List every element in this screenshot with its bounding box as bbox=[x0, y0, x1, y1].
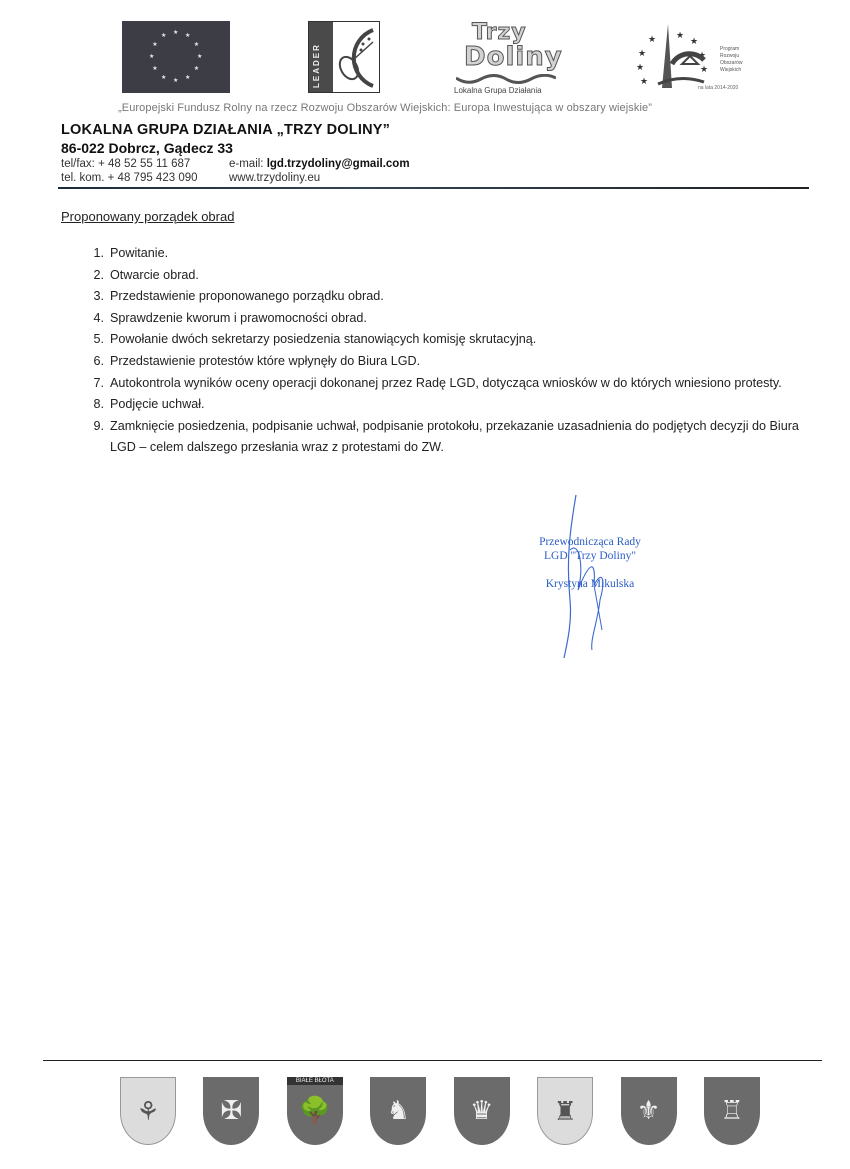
agenda-list: 1.Powitanie.2.Otwarcie obrad.3.Przedstaw… bbox=[86, 243, 806, 459]
agenda-item-number: 1. bbox=[86, 243, 104, 265]
agenda-item-number: 2. bbox=[86, 265, 104, 287]
prow-years: na lata 2014-2020 bbox=[698, 85, 738, 91]
eu-star-icon: ★ bbox=[194, 42, 199, 48]
agenda-item-number: 6. bbox=[86, 351, 104, 373]
eu-star-icon: ★ bbox=[161, 75, 166, 81]
header-divider bbox=[58, 187, 809, 189]
prow-logo: ★★★★ ★★★★ Program Rozwoju Obszarów Wiejs… bbox=[636, 22, 776, 97]
eu-star-icon: ★ bbox=[194, 66, 199, 72]
leader-logo: LEADER bbox=[308, 21, 380, 93]
crest-windmill-figure-icon: ✠ bbox=[203, 1077, 259, 1145]
website-link[interactable]: www.trzydoliny.eu bbox=[229, 172, 320, 184]
agenda-item-text: Sprawdzenie kworum i prawomocności obrad… bbox=[110, 311, 367, 325]
agenda-item: 5.Powołanie dwóch sekretarzy posiedzenia… bbox=[86, 329, 806, 351]
agenda-item: 3.Przedstawienie proponowanego porządku … bbox=[86, 286, 806, 308]
crest-label: BIAŁE BŁOTA bbox=[287, 1077, 343, 1085]
agenda-item-text: Przedstawienie proponowanego porządku ob… bbox=[110, 289, 384, 303]
crest-glyph: ♖ bbox=[704, 1095, 760, 1126]
agenda-item-text: Powitanie. bbox=[110, 246, 168, 260]
eu-star-icon: ★ bbox=[185, 33, 190, 39]
agenda-item: 1.Powitanie. bbox=[86, 243, 806, 265]
crest-glyph: ♞ bbox=[370, 1095, 426, 1126]
email-link[interactable]: lgd.trzydoliny@gmail.com bbox=[267, 158, 410, 170]
crest-crown-scepter-icon: ♛ bbox=[454, 1077, 510, 1145]
crest-glyph: 🌳 bbox=[287, 1095, 343, 1126]
leader-label: LEADER bbox=[312, 43, 321, 88]
agenda-item-text: Powołanie dwóch sekretarzy posiedzenia s… bbox=[110, 332, 536, 346]
agenda-item-number: 7. bbox=[86, 373, 104, 395]
agenda-item-number: 5. bbox=[86, 329, 104, 351]
crest-glyph: ♛ bbox=[454, 1095, 510, 1126]
prow-stars-icon: ★★★★ ★★★★ bbox=[636, 22, 716, 92]
document-title: Proponowany porządek obrad bbox=[61, 209, 234, 224]
logo-subtitle: Lokalna Grupa Działania bbox=[454, 86, 542, 95]
agenda-item: 4.Sprawdzenie kworum i prawomocności obr… bbox=[86, 308, 806, 330]
crest-glyph: ✠ bbox=[203, 1095, 259, 1126]
eu-star-icon: ★ bbox=[173, 78, 178, 84]
eu-star-icon: ★ bbox=[152, 66, 157, 72]
crest-oak-tower-icon: ♖ bbox=[704, 1077, 760, 1145]
signature-organization: LGD "Trzy Doliny" bbox=[520, 549, 660, 563]
signature-title: Przewodnicząca Rady bbox=[520, 535, 660, 549]
agenda-item-text: Otwarcie obrad. bbox=[110, 268, 199, 282]
footer-divider bbox=[43, 1060, 822, 1061]
crest-castle-bishop-icon: ♜ bbox=[537, 1077, 593, 1145]
agenda-item-number: 3. bbox=[86, 286, 104, 308]
agenda-item: 2.Otwarcie obrad. bbox=[86, 265, 806, 287]
crest-glyph: ⚘ bbox=[121, 1096, 175, 1127]
tel-mobile: tel. kom. + 48 795 423 090 bbox=[61, 172, 198, 184]
eu-star-icon: ★ bbox=[152, 42, 157, 48]
agenda-item-text: Autokontrola wyników oceny operacji doko… bbox=[110, 376, 782, 390]
trzy-doliny-logo: Trzy Doliny Lokalna Grupa Działania bbox=[450, 18, 570, 98]
leader-emblem-icon bbox=[333, 22, 380, 92]
agenda-item-number: 8. bbox=[86, 394, 104, 416]
agenda-item-text: Zamknięcie posiedzenia, podpisanie uchwa… bbox=[110, 419, 799, 455]
agenda-item: 9.Zamknięcie posiedzenia, podpisanie uch… bbox=[86, 416, 806, 459]
eu-star-icon: ★ bbox=[185, 75, 190, 81]
agenda-item: 8.Podjęcie uchwał. bbox=[86, 394, 806, 416]
agenda-item-number: 9. bbox=[86, 416, 104, 438]
email-line: e-mail: lgd.trzydoliny@gmail.com bbox=[229, 158, 410, 170]
agenda-item-number: 4. bbox=[86, 308, 104, 330]
crest-fleur-sabres-icon: ⚜ bbox=[621, 1077, 677, 1145]
organization-address: 86-022 Dobrcz, Gądecz 33 bbox=[61, 140, 233, 156]
crest-glyph: ♜ bbox=[538, 1096, 592, 1127]
crest-wheat-arrow-icon: ⚘ bbox=[120, 1077, 176, 1145]
eu-slogan: „Europejski Fundusz Rolny na rzecz Rozwo… bbox=[118, 102, 652, 114]
agenda-item: 7.Autokontrola wyników oceny operacji do… bbox=[86, 373, 806, 395]
agenda-item-text: Podjęcie uchwał. bbox=[110, 397, 205, 411]
municipal-crests: ⚘✠BIAŁE BŁOTA🌳♞♛♜⚜♖ bbox=[120, 1077, 760, 1152]
agenda-item-text: Przedstawienie protestów które wpłynęły … bbox=[110, 354, 420, 368]
agenda-item: 6.Przedstawienie protestów które wpłynęł… bbox=[86, 351, 806, 373]
crest-tree-heron-icon: BIAŁE BŁOTA🌳 bbox=[287, 1077, 343, 1145]
eu-star-icon: ★ bbox=[149, 54, 154, 60]
eu-star-icon: ★ bbox=[197, 54, 202, 60]
signature-name: Krystyna Mikulska bbox=[520, 577, 660, 591]
logo-text-doliny: Doliny bbox=[464, 42, 563, 72]
eu-star-icon: ★ bbox=[173, 30, 178, 36]
prow-house-icon bbox=[650, 24, 706, 90]
prow-text: Program Rozwoju Obszarów Wiejskich bbox=[720, 46, 743, 74]
crest-griffin-eagle-icon: ♞ bbox=[370, 1077, 426, 1145]
eu-flag-logo: ★★★★★★★★★★★★ bbox=[122, 21, 230, 93]
signature-block: Przewodnicząca Rady LGD "Trzy Doliny" Kr… bbox=[520, 535, 660, 591]
tel-fax: tel/fax: + 48 52 55 11 687 bbox=[61, 158, 190, 170]
crest-glyph: ⚜ bbox=[621, 1095, 677, 1126]
organization-name: LOKALNA GRUPA DZIAŁANIA „TRZY DOLINY” bbox=[61, 122, 390, 138]
eu-star-icon: ★ bbox=[161, 33, 166, 39]
wave-icon bbox=[456, 74, 556, 86]
